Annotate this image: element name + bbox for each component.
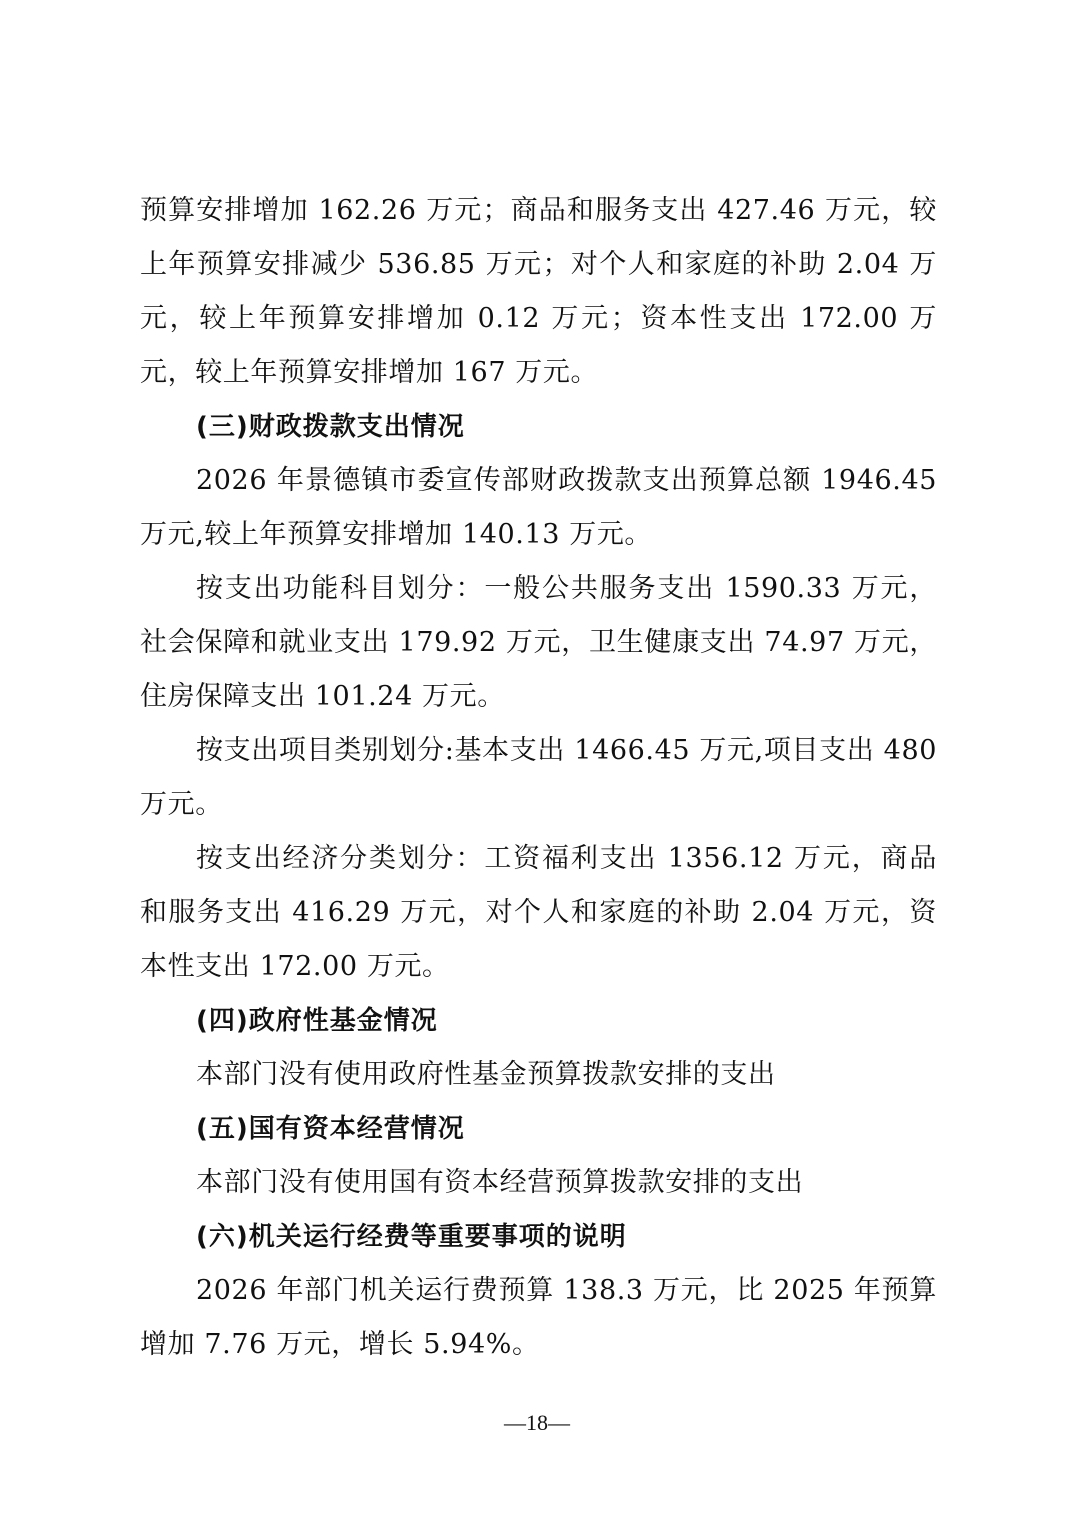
document-page: 预算安排增加 162.26 万元；商品和服务支出 427.46 万元，较上年预算… <box>140 184 937 1372</box>
paragraph-by-function: 按支出功能科目划分：一般公共服务支出 1590.33 万元，社会保障和就业支出 … <box>140 562 937 724</box>
paragraph-state-capital: 本部门没有使用国有资本经营预算拨款安排的支出 <box>140 1156 937 1210</box>
paragraph-by-economic-class: 按支出经济分类划分：工资福利支出 1356.12 万元，商品和服务支出 416.… <box>140 832 937 994</box>
paragraph-operating-expenses: 2026 年部门机关运行费预算 138.3 万元，比 2025 年预算增加 7.… <box>140 1264 937 1372</box>
paragraph-expenditure-continuation: 预算安排增加 162.26 万元；商品和服务支出 427.46 万元，较上年预算… <box>140 184 937 400</box>
paragraph-fiscal-total: 2026 年景德镇市委宣传部财政拨款支出预算总额 1946.45 万元,较上年预… <box>140 454 937 562</box>
section-heading-government-fund: (四)政府性基金情况 <box>140 994 937 1048</box>
paragraph-government-fund: 本部门没有使用政府性基金预算拨款安排的支出 <box>140 1048 937 1102</box>
section-heading-state-capital: (五)国有资本经营情况 <box>140 1102 937 1156</box>
section-heading-fiscal-appropriation: (三)财政拨款支出情况 <box>140 400 937 454</box>
section-heading-operating-expenses: (六)机关运行经费等重要事项的说明 <box>140 1210 937 1264</box>
page-number: —18— <box>0 1408 1074 1438</box>
paragraph-by-project-category: 按支出项目类别划分:基本支出 1466.45 万元,项目支出 480 万元。 <box>140 724 937 832</box>
